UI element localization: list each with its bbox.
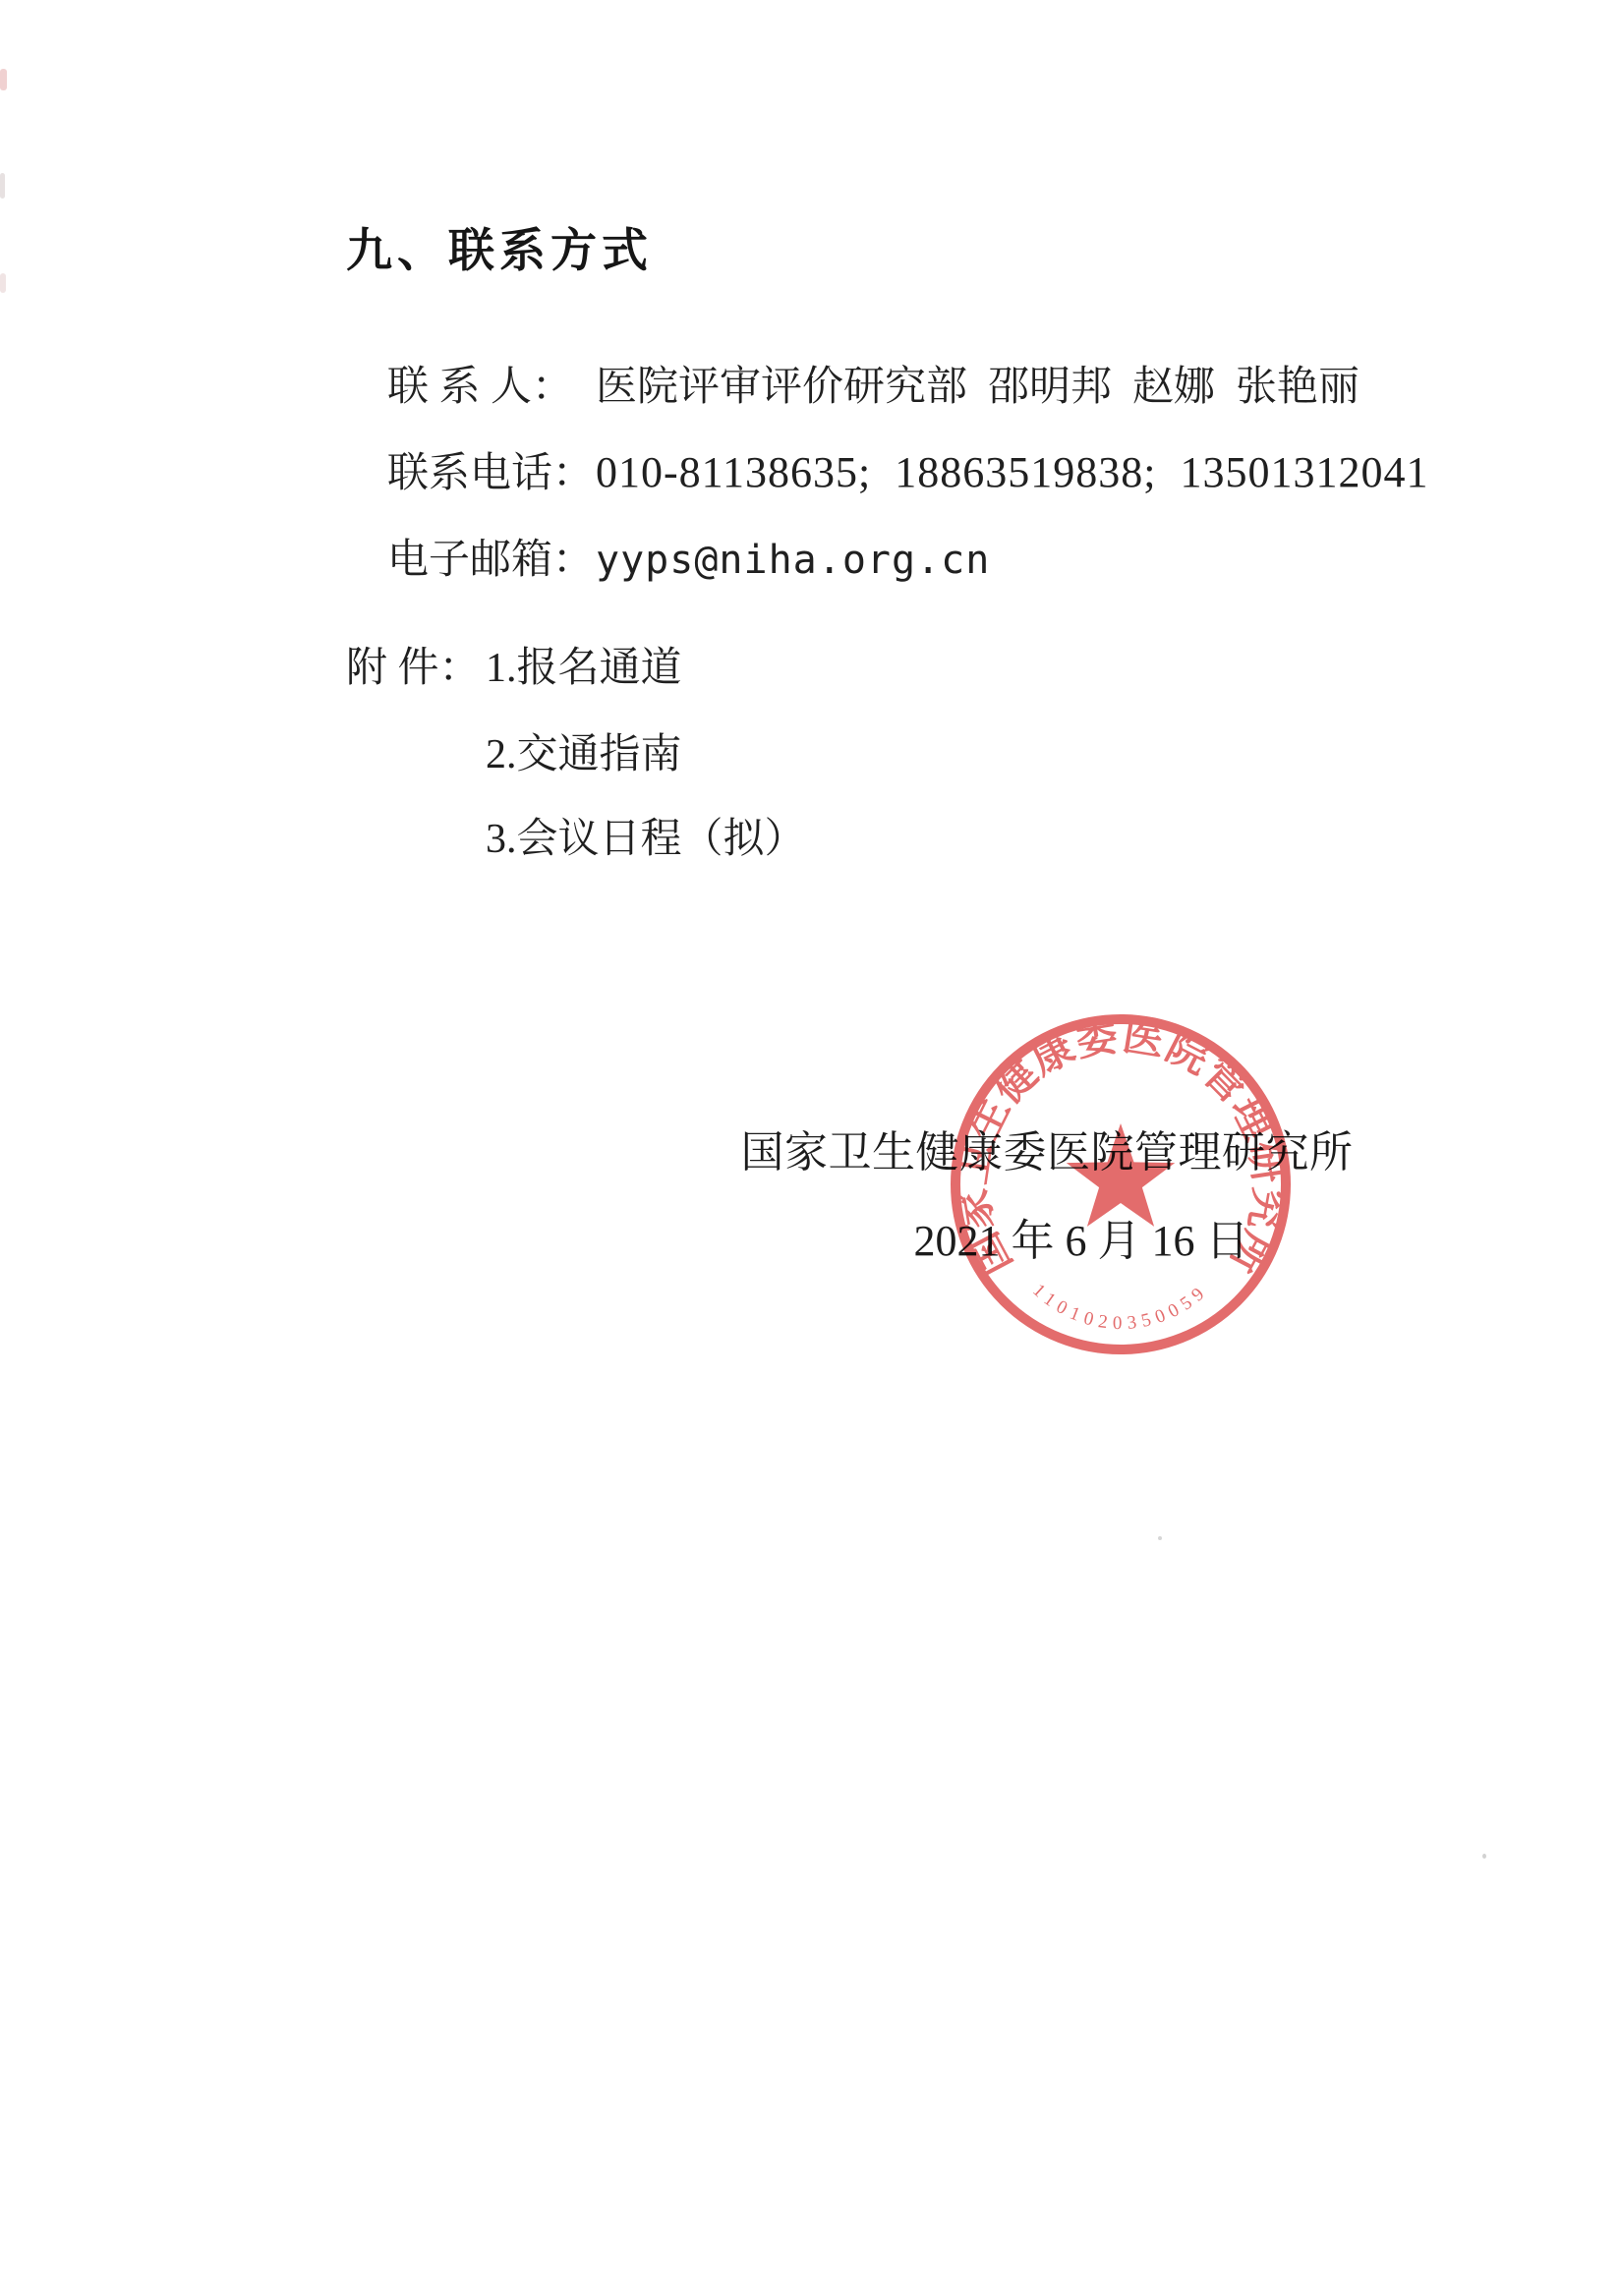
attachment-item-3: 3.会议日程（拟）	[486, 806, 806, 865]
scan-artifact	[0, 69, 7, 90]
section-heading: 九、联系方式	[346, 214, 653, 280]
red-star-icon	[1067, 1123, 1175, 1227]
attachment-item-1: 1.报名通道	[486, 635, 682, 694]
svg-text:1101020350059: 1101020350059	[1028, 1280, 1212, 1334]
attachments-label: 附 件：	[346, 635, 481, 694]
seal-code-text: 1101020350059	[1028, 1280, 1212, 1334]
scan-artifact	[0, 273, 6, 293]
contact-email-label: 电子邮箱：	[387, 527, 596, 586]
scan-artifact	[0, 173, 5, 199]
contact-email-value: yyps@niha.org.cn	[596, 538, 990, 583]
scan-artifact	[1158, 1536, 1162, 1540]
scan-artifact	[1482, 1854, 1486, 1859]
document-page: 九、联系方式 联 系 人：医院评审评价研究部 邵明邦 赵娜 张艳丽 联系电话：0…	[0, 0, 1620, 2296]
contact-email-line: 电子邮箱：yyps@niha.org.cn	[346, 480, 990, 633]
official-seal-stamp: 国家卫生健康委医院管理研究所 1101020350059	[924, 988, 1317, 1381]
attachment-item-2: 2.交通指南	[486, 721, 682, 780]
